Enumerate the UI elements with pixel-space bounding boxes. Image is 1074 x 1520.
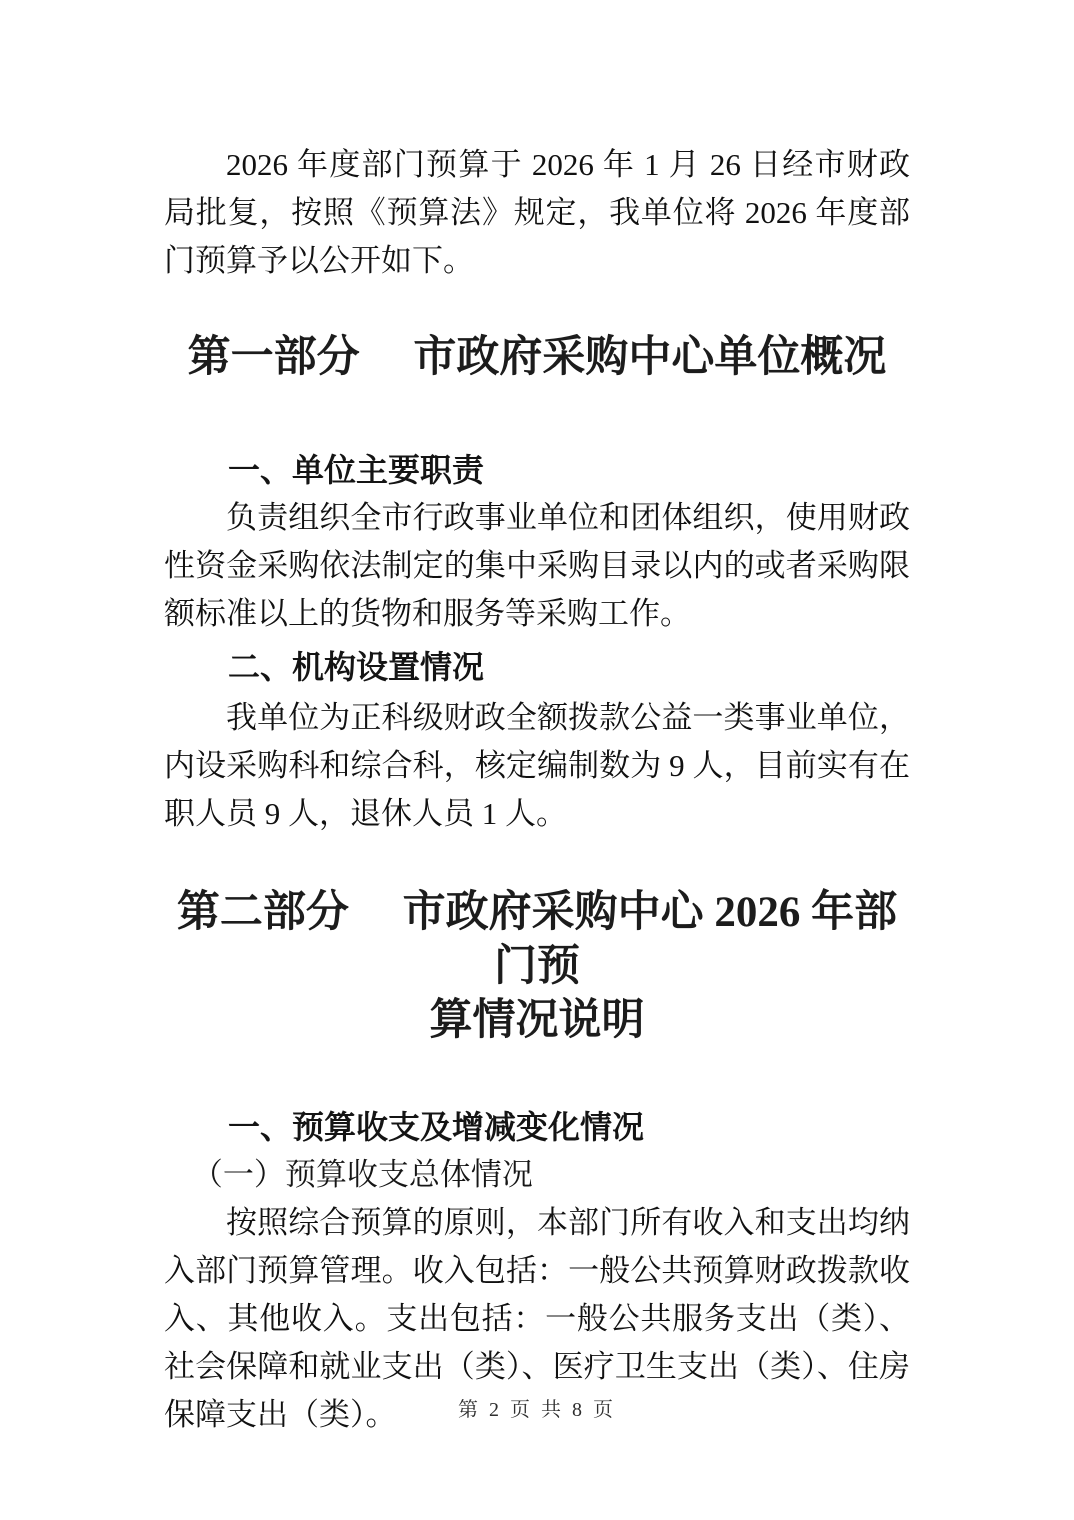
- part2-title-line1: 第二部分 市政府采购中心 2026 年部门预: [164, 886, 910, 994]
- part2-subsection1-heading: （一）预算收支总体情况: [164, 1151, 910, 1199]
- part1-section1-paragraph: 负责组织全市行政事业单位和团体组织，使用财政性资金采购依法制定的集中采购目录以内…: [164, 494, 910, 638]
- part2-title: 第二部分 市政府采购中心 2026 年部门预 算情况说明: [164, 886, 910, 1048]
- part1-section1-heading: 一、单位主要职责: [164, 446, 910, 494]
- part2-section1-heading: 一、预算收支及增减变化情况: [164, 1103, 910, 1151]
- document-page: 2026 年度部门预算于 2026 年 1 月 26 日经市财政局批复，按照《预…: [0, 0, 1074, 1520]
- page-number-footer: 第 2 页 共 8 页: [0, 1396, 1074, 1424]
- intro-paragraph: 2026 年度部门预算于 2026 年 1 月 26 日经市财政局批复，按照《预…: [164, 141, 910, 285]
- part1-section2-heading: 二、机构设置情况: [164, 643, 910, 691]
- part2-title-line2: 算情况说明: [164, 994, 910, 1048]
- part1-section2-paragraph: 我单位为正科级财政全额拨款公益一类事业单位，内设采购科和综合科，核定编制数为 9…: [164, 694, 910, 838]
- part1-title: 第一部分 市政府采购中心单位概况: [164, 330, 910, 386]
